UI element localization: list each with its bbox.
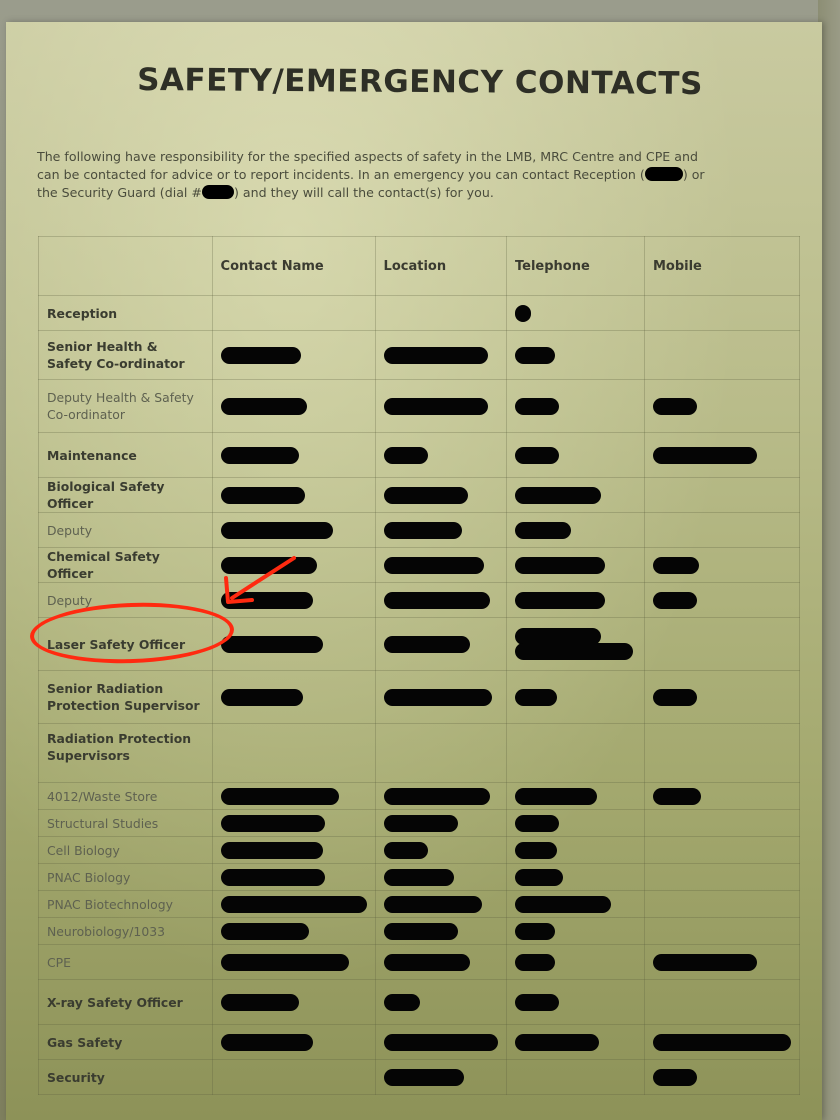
table-row-senior-health-safety-co-ordinator: Senior Health & Safety Co-ordinator (39, 331, 800, 380)
redaction-bar (221, 842, 323, 859)
redaction-bar (515, 994, 559, 1011)
table-row-deputy: Deputy (39, 513, 800, 548)
header-role (39, 237, 213, 296)
role-label: Gas Safety (39, 1025, 213, 1060)
table-row-chemical-safety-officer: Chemical Safety Officer (39, 548, 800, 583)
header-contact-name: Contact Name (212, 237, 375, 296)
cell-location (375, 331, 506, 380)
redaction-bar (384, 347, 488, 364)
cell-mobile (644, 380, 799, 433)
role-label: Security (39, 1060, 213, 1095)
role-label: Maintenance (39, 433, 213, 478)
table-row-structural-studies: Structural Studies (39, 810, 800, 837)
redaction-bar (384, 954, 470, 971)
redaction-bar (515, 923, 555, 940)
redaction-bar (653, 954, 757, 971)
cell-location (375, 478, 506, 513)
cell-name (212, 783, 375, 810)
cell-name (212, 331, 375, 380)
role-label: CPE (39, 945, 213, 980)
cell-location (375, 671, 506, 724)
cell-mobile (644, 296, 799, 331)
red-arrow-annotation (218, 552, 300, 608)
redaction-bar (653, 788, 701, 805)
cell-telephone (507, 331, 645, 380)
cell-location (375, 810, 506, 837)
cell-name (212, 671, 375, 724)
redaction-bar (515, 896, 611, 913)
cell-telephone (507, 433, 645, 478)
redaction-bar (384, 592, 490, 609)
redaction-bar (221, 398, 307, 415)
redaction-bar (221, 487, 305, 504)
cell-location (375, 783, 506, 810)
redaction-bar (384, 1034, 498, 1051)
redaction-bar (221, 1034, 313, 1051)
cell-name (212, 918, 375, 945)
redaction-bar (515, 398, 559, 415)
cell-location (375, 980, 506, 1025)
table-header-row: Contact Name Location Telephone Mobile (39, 237, 800, 296)
redaction-bar (221, 788, 339, 805)
redaction-bar (515, 842, 557, 859)
cell-telephone (507, 918, 645, 945)
cell-mobile (644, 583, 799, 618)
header-telephone: Telephone (507, 237, 645, 296)
cell-name (212, 478, 375, 513)
cell-mobile (644, 433, 799, 478)
role-label: Reception (39, 296, 213, 331)
header-mobile: Mobile (644, 237, 799, 296)
cell-telephone (507, 583, 645, 618)
redaction-bar (653, 1069, 697, 1086)
cell-mobile (644, 891, 799, 918)
cell-telephone (507, 618, 645, 671)
redaction-bar (384, 869, 454, 886)
cell-location (375, 891, 506, 918)
table-row-deputy-health-safety-co-ordinator: Deputy Health & Safety Co-ordinator (39, 380, 800, 433)
redaction-bar (221, 689, 303, 706)
redaction-bar (221, 815, 325, 832)
role-label: 4012/Waste Store (39, 783, 213, 810)
redaction-bar (221, 954, 349, 971)
cell-location (375, 296, 506, 331)
table-row-4012-waste-store: 4012/Waste Store (39, 783, 800, 810)
cell-mobile (644, 513, 799, 548)
redaction-bar (515, 557, 605, 574)
cell-mobile (644, 864, 799, 891)
cell-location (375, 864, 506, 891)
role-label: Neurobiology/1033 (39, 918, 213, 945)
redaction-bar (221, 636, 323, 653)
table-row-maintenance: Maintenance (39, 433, 800, 478)
cell-telephone (507, 478, 645, 513)
intro-line-3a: the Security Guard (dial # (37, 185, 202, 200)
table-row-neurobiology-1033: Neurobiology/1033 (39, 918, 800, 945)
cell-location (375, 837, 506, 864)
cell-location (375, 433, 506, 478)
redaction-bar (221, 994, 299, 1011)
role-label: Cell Biology (39, 837, 213, 864)
cell-telephone (507, 837, 645, 864)
intro-paragraph: The following have responsibility for th… (37, 148, 797, 202)
redaction-bar (221, 347, 301, 364)
redaction-bar (515, 1034, 599, 1051)
header-location: Location (375, 237, 506, 296)
cell-mobile (644, 548, 799, 583)
contacts-table: Contact Name Location Telephone Mobile R… (38, 236, 800, 1095)
role-label: Senior Health & Safety Co-ordinator (39, 331, 213, 380)
cell-telephone (507, 980, 645, 1025)
cell-telephone (507, 380, 645, 433)
cell-location (375, 945, 506, 980)
cell-mobile (644, 331, 799, 380)
cell-telephone (507, 548, 645, 583)
cell-mobile (644, 783, 799, 810)
redaction-bar (653, 557, 699, 574)
redaction-bar (384, 842, 428, 859)
redaction-bar (384, 522, 462, 539)
cell-telephone (507, 671, 645, 724)
cell-telephone (507, 783, 645, 810)
role-label: Deputy (39, 513, 213, 548)
cell-mobile (644, 837, 799, 864)
redaction-bar (515, 487, 601, 504)
redaction-bar (384, 557, 484, 574)
table-row-gas-safety: Gas Safety (39, 1025, 800, 1060)
redaction-bar (384, 398, 488, 415)
role-label: Senior Radiation Protection Supervisor (39, 671, 213, 724)
role-label: Deputy Health & Safety Co-ordinator (39, 380, 213, 433)
intro-line-2b: ) or (683, 167, 705, 182)
cell-name (212, 380, 375, 433)
cell-mobile (644, 1025, 799, 1060)
redaction-bar (384, 1069, 464, 1086)
role-label: Radiation Protection Supervisors (39, 724, 213, 783)
redaction-bar (515, 954, 555, 971)
role-label: PNAC Biotechnology (39, 891, 213, 918)
redaction-bar (384, 923, 458, 940)
cell-telephone (507, 513, 645, 548)
redaction-bar (515, 689, 557, 706)
cell-telephone (507, 945, 645, 980)
redaction-bar (515, 522, 571, 539)
cell-location (375, 1025, 506, 1060)
redaction-bar (384, 815, 458, 832)
cell-mobile (644, 671, 799, 724)
cell-location (375, 1060, 506, 1095)
redaction-bar (515, 788, 597, 805)
table-row-x-ray-safety-officer: X-ray Safety Officer (39, 980, 800, 1025)
table-row-pnac-biotechnology: PNAC Biotechnology (39, 891, 800, 918)
cell-location (375, 918, 506, 945)
cell-name (212, 891, 375, 918)
redaction-bar (653, 398, 697, 415)
cell-location (375, 548, 506, 583)
redaction-bar (221, 522, 333, 539)
cell-mobile (644, 1060, 799, 1095)
table-row-reception: Reception (39, 296, 800, 331)
cell-location (375, 583, 506, 618)
table-row-security: Security (39, 1060, 800, 1095)
redaction-bar (221, 896, 367, 913)
redaction-bar (221, 923, 309, 940)
cell-telephone (507, 891, 645, 918)
cell-mobile (644, 945, 799, 980)
cell-location (375, 513, 506, 548)
cell-name (212, 296, 375, 331)
cell-telephone (507, 1060, 645, 1095)
table-row-cpe: CPE (39, 945, 800, 980)
cell-name (212, 1025, 375, 1060)
redaction-bar (515, 815, 559, 832)
cell-mobile (644, 980, 799, 1025)
redaction-bar (384, 636, 470, 653)
redaction-bar (653, 447, 757, 464)
redaction-bar (515, 869, 563, 886)
cell-name (212, 724, 375, 783)
role-label: Structural Studies (39, 810, 213, 837)
reception-number-redaction (645, 167, 683, 181)
redaction-bar (515, 447, 559, 464)
cell-telephone (507, 1025, 645, 1060)
cell-name (212, 810, 375, 837)
cell-location (375, 380, 506, 433)
cell-mobile (644, 478, 799, 513)
redaction-bar (653, 592, 697, 609)
cell-telephone (507, 296, 645, 331)
cell-location (375, 618, 506, 671)
cell-location (375, 724, 506, 783)
cell-mobile (644, 618, 799, 671)
role-label: PNAC Biology (39, 864, 213, 891)
cell-mobile (644, 918, 799, 945)
intro-line-3b: ) and they will call the contact(s) for … (234, 185, 494, 200)
redaction-bar (384, 447, 428, 464)
cell-name (212, 618, 375, 671)
redaction-bar (515, 305, 531, 322)
role-label: Chemical Safety Officer (39, 548, 213, 583)
cell-mobile (644, 810, 799, 837)
cell-name (212, 945, 375, 980)
intro-line-1: The following have responsibility for th… (37, 149, 698, 164)
redaction-bar (384, 994, 420, 1011)
redaction-bar (384, 689, 492, 706)
redaction-bar (221, 447, 299, 464)
page-title: SAFETY/EMERGENCY CONTACTS (0, 61, 840, 103)
cell-name (212, 864, 375, 891)
redaction-bar (384, 788, 490, 805)
table-row-biological-safety-officer: Biological Safety Officer (39, 478, 800, 513)
intro-line-2a: can be contacted for advice or to report… (37, 167, 645, 182)
table-row-pnac-biology: PNAC Biology (39, 864, 800, 891)
redaction-bar (515, 592, 605, 609)
redaction-bar (653, 1034, 791, 1051)
cell-name (212, 1060, 375, 1095)
table-row-senior-radiation-protection-supervisor: Senior Radiation Protection Supervisor (39, 671, 800, 724)
cell-telephone (507, 810, 645, 837)
redaction-bar (221, 869, 325, 886)
table-row-radiation-protection-supervisors: Radiation Protection Supervisors (39, 724, 800, 783)
cell-name (212, 513, 375, 548)
cell-name (212, 980, 375, 1025)
redaction-bar (653, 689, 697, 706)
redaction-bar (384, 896, 482, 913)
redaction-bar (384, 487, 468, 504)
cell-telephone (507, 864, 645, 891)
redaction-bar (515, 347, 555, 364)
role-label: Biological Safety Officer (39, 478, 213, 513)
cell-name (212, 837, 375, 864)
cell-name (212, 433, 375, 478)
role-label: X-ray Safety Officer (39, 980, 213, 1025)
security-number-redaction (202, 185, 234, 199)
table-row-cell-biology: Cell Biology (39, 837, 800, 864)
redaction-bar (515, 643, 633, 660)
cell-mobile (644, 724, 799, 783)
cell-telephone (507, 724, 645, 783)
